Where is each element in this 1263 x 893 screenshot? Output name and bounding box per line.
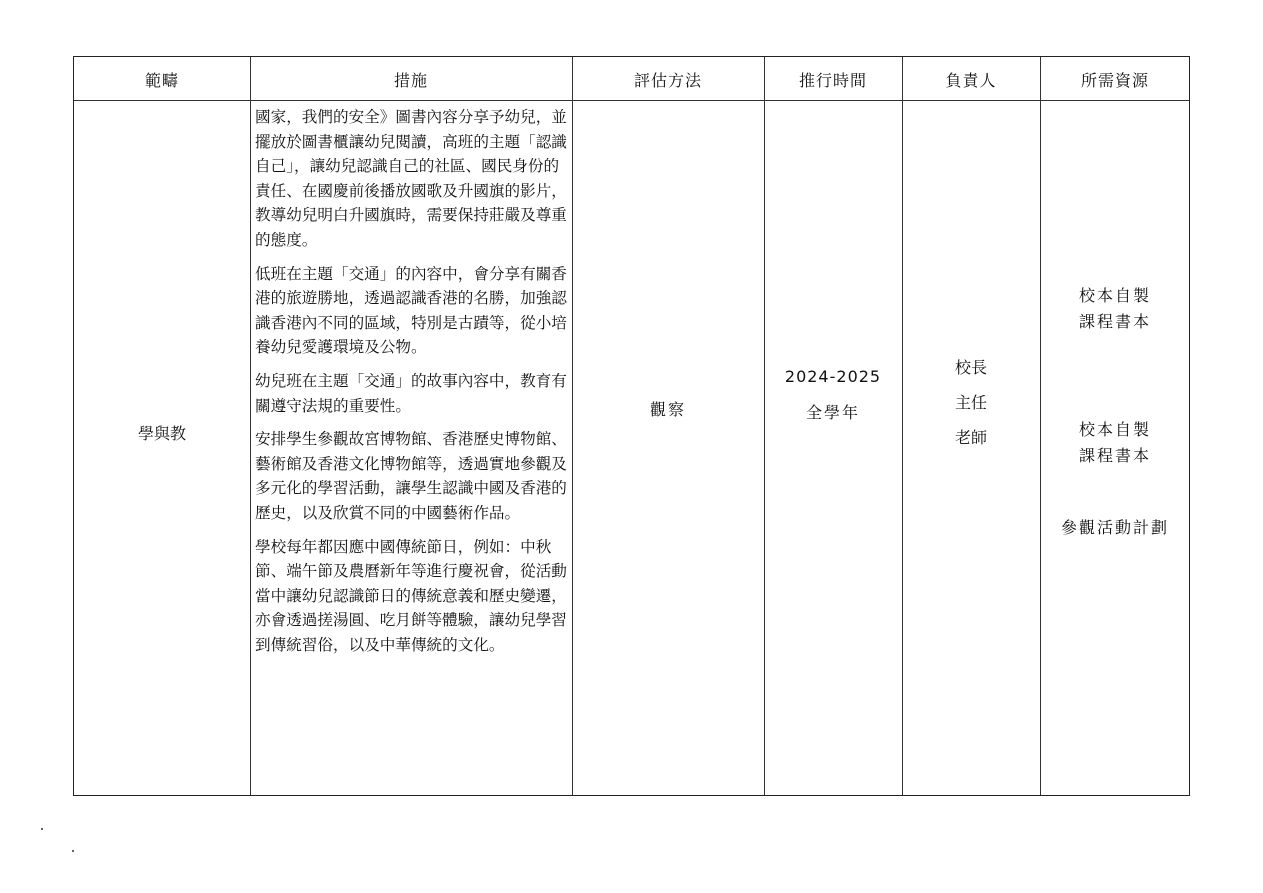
measure-item: 低班在主題「交通」的內容中，會分享有關香港的旅遊勝地，透過認識香港的名勝，加強認… <box>255 262 572 360</box>
table-header-row: 範疇 措施 評估方法 推行時間 負責人 所需資源 <box>74 57 1189 101</box>
measure-item: 學校每年都因應中國傳統節日，例如：中秋節、端午節及農曆新年等進行慶祝會，從活動當… <box>255 535 572 658</box>
header-period: 推行時間 <box>764 57 902 101</box>
scan-speck <box>41 828 43 830</box>
period-label: 全學年 <box>764 395 902 431</box>
responsible-cell: 校長 主任 老師 <box>902 350 1040 455</box>
resource-item: 課程書本 <box>1040 443 1190 469</box>
resource-spacer <box>1040 469 1190 515</box>
resource-spacer <box>1040 335 1190 417</box>
table-row: 學與教 國家，我們的安全》圖書內容分享予幼兒，並擺放於圖書櫃讓幼兒閱讀，高班的主… <box>74 101 1189 795</box>
header-resources: 所需資源 <box>1040 57 1190 101</box>
responsible-person: 校長 <box>902 350 1040 385</box>
domain-cell: 學與教 <box>74 421 250 444</box>
measure-item: 安排學生參觀故宮博物館、香港歷史博物館、藝術館及香港文化博物館等，透過實地參觀及… <box>255 427 572 525</box>
resource-item: 課程書本 <box>1040 309 1190 335</box>
header-evaluation: 評估方法 <box>572 57 764 101</box>
header-measures: 措施 <box>250 57 572 101</box>
measure-item: 國家，我們的安全》圖書內容分享予幼兒，並擺放於圖書櫃讓幼兒閱讀，高班的主題「認識… <box>255 105 572 253</box>
resource-item: 校本自製 <box>1040 417 1190 443</box>
resource-item: 校本自製 <box>1040 283 1190 309</box>
header-domain: 範疇 <box>74 57 250 101</box>
responsible-person: 老師 <box>902 420 1040 455</box>
measure-item: 幼兒班在主題「交通」的故事內容中，教育有關遵守法規的重要性。 <box>255 369 572 418</box>
period-cell: 2024-2025 全學年 <box>764 359 902 431</box>
period-years: 2024-2025 <box>764 359 902 395</box>
header-responsible: 負責人 <box>902 57 1040 101</box>
resource-item: 參觀活動計劃 <box>1040 515 1190 541</box>
scan-speck <box>72 850 74 852</box>
resources-cell: 校本自製 課程書本 校本自製 課程書本 參觀活動計劃 <box>1040 283 1190 541</box>
responsible-person: 主任 <box>902 385 1040 420</box>
document-page: 範疇 措施 評估方法 推行時間 負責人 所需資源 學與教 國家，我們的安全》圖書… <box>0 0 1263 893</box>
measures-cell: 國家，我們的安全》圖書內容分享予幼兒，並擺放於圖書櫃讓幼兒閱讀，高班的主題「認識… <box>252 101 572 666</box>
plan-table: 範疇 措施 評估方法 推行時間 負責人 所需資源 學與教 國家，我們的安全》圖書… <box>73 56 1190 796</box>
evaluation-cell: 觀察 <box>572 397 764 420</box>
